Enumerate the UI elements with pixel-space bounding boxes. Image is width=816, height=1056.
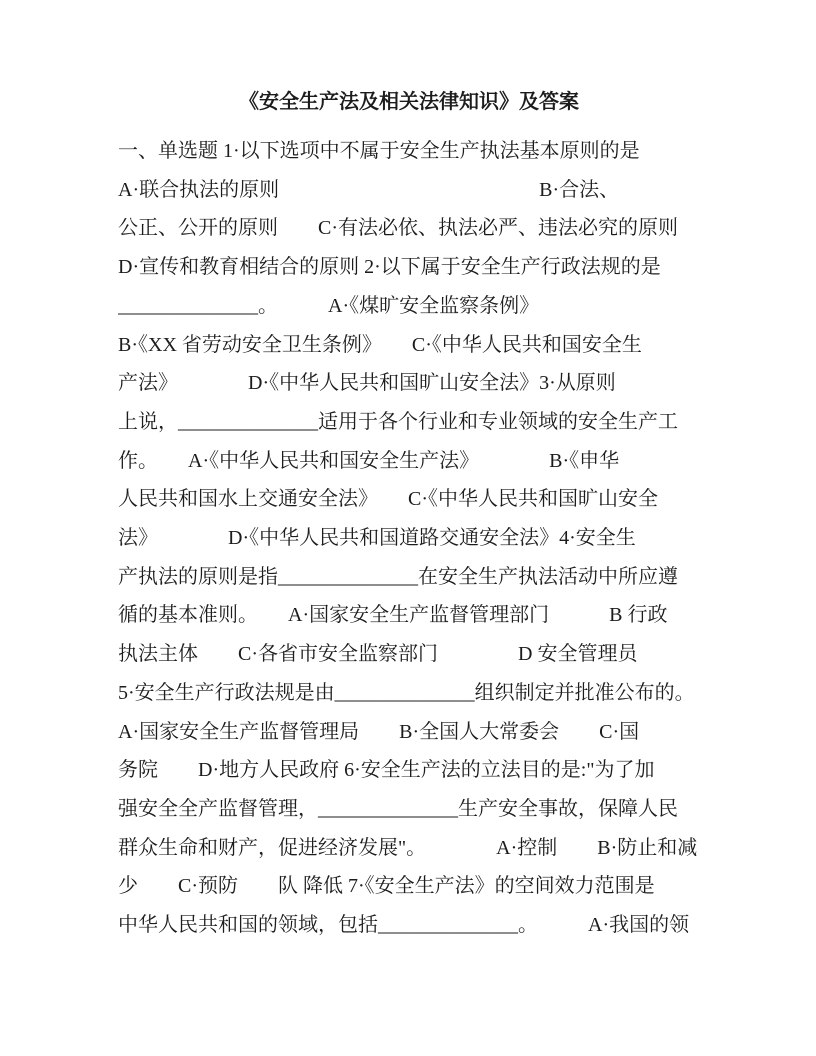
document-body: 一、单选题 1·以下选项中不属于安全生产执法基本原则的是 A·联合执法的原则 B…	[118, 132, 700, 945]
text-line: A·联合执法的原则 B·合法、	[118, 171, 700, 210]
text-line: B·《XX 省劳动安全卫生条例》 C·《中华人民共和国安全生	[118, 326, 700, 365]
text-line: 人民共和国水上交通安全法》 C·《中华人民共和国旷山安全	[118, 480, 700, 519]
text-line: 产法》 D·《中华人民共和国旷山安全法》3·从原则	[118, 364, 700, 403]
text-line: 上说，______________适用于各个行业和专业领域的安全生产工	[118, 403, 700, 442]
text-line: 务院 D·地方人民政府 6·安全生产法的立法目的是:"为了加	[118, 751, 700, 790]
document-title: 《安全生产法及相关法律知识》及答案	[118, 88, 700, 116]
text-line: 法》 D·《中华人民共和国道路交通安全法》4·安全生	[118, 519, 700, 558]
document-page: 《安全生产法及相关法律知识》及答案 一、单选题 1·以下选项中不属于安全生产执法…	[0, 0, 816, 1056]
text-line: 执法主体 C·各省市安全监察部门 D 安全管理员	[118, 635, 700, 674]
text-line: ______________。 A·《煤旷安全监察条例》	[118, 287, 700, 326]
text-line: 强安全全产监督管理，______________生产安全事故，保障人民	[118, 790, 700, 829]
text-line: 一、单选题 1·以下选项中不属于安全生产执法基本原则的是	[118, 132, 700, 171]
text-line: 作。 A·《中华人民共和国安全生产法》 B·《申华	[118, 442, 700, 481]
text-line: A·国家安全生产监督管理局 B·全国人大常委会 C·国	[118, 713, 700, 752]
text-line: 中华人民共和国的领域，包括______________。 A·我国的领	[118, 906, 700, 945]
text-line: 5·安全生产行政法规是由______________组织制定并批准公布的。	[118, 674, 700, 713]
text-line: 循的基本准则。 A·国家安全生产监督管理部门 B 行政	[118, 596, 700, 635]
text-line: 群众生命和财产，促进经济发展"。 A·控制 B·防止和减	[118, 829, 700, 868]
text-line: 公正、公开的原则 C·有法必依、执法必严、违法必究的原则	[118, 209, 700, 248]
text-line: D·宣传和教育相结合的原则 2·以下属于安全生产行政法规的是	[118, 248, 700, 287]
text-line: 少 C·预防 队 降低 7·《安全生产法》的空间效力范围是	[118, 867, 700, 906]
text-line: 产执法的原则是指______________在安全生产执法活动中所应遵	[118, 558, 700, 597]
